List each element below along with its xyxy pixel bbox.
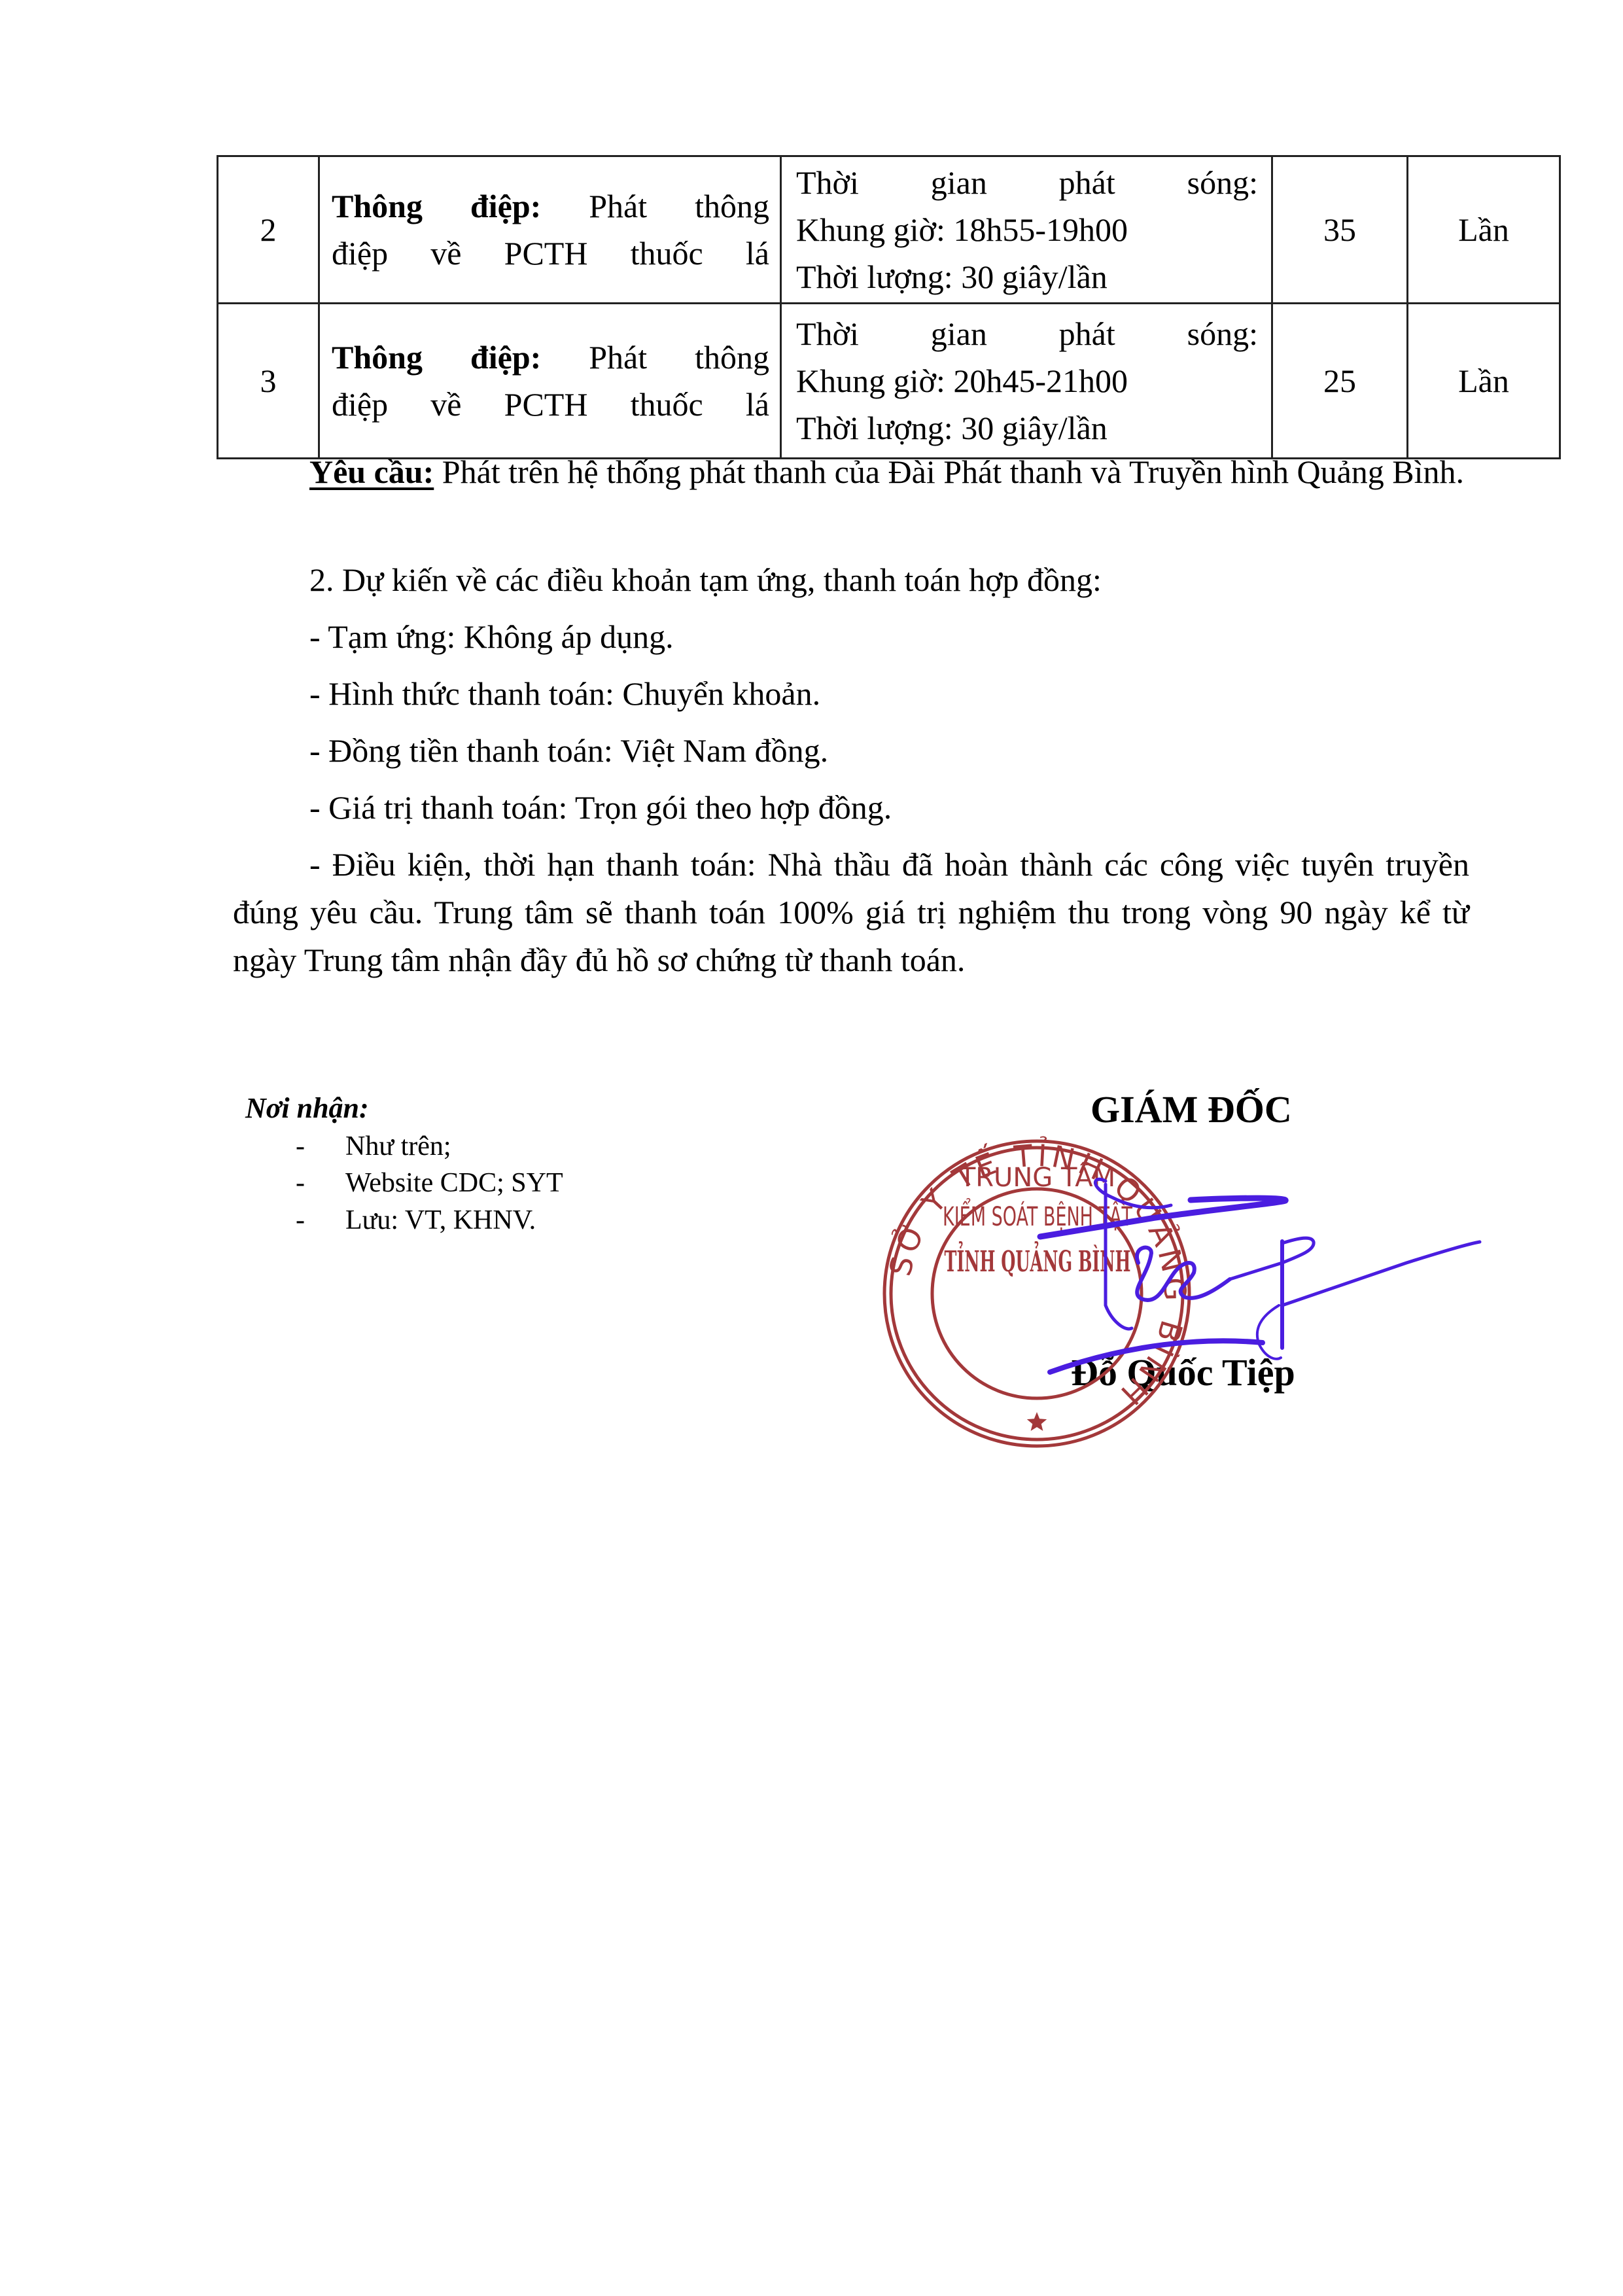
payment-term-value: - Giá trị thanh toán: Trọn gói theo hợp … [233, 784, 1469, 832]
recipient-label: Như trên; [345, 1131, 451, 1161]
star-icon [1027, 1412, 1047, 1431]
stamp-outer-ring-inner [891, 1148, 1183, 1439]
content-label: Thông điệp: [332, 339, 541, 376]
content-cell: Thông điệp: Phát thông điệp về PCTH thuố… [319, 156, 781, 304]
section-2-heading: 2. Dự kiến về các điều khoản tạm ứng, th… [233, 556, 1469, 604]
recipients-heading: Nơi nhận: [245, 1091, 369, 1125]
row-number: 2 [218, 156, 319, 304]
recipient-label: Lưu: VT, KHNV. [345, 1205, 536, 1235]
schedule-line: Thời lượng: 30 giây/lần [796, 404, 1258, 451]
handwritten-signature [1040, 1179, 1480, 1372]
requirement-text: Phát trên hệ thống phát thanh của Đài Ph… [434, 453, 1464, 490]
recipient-item: -Như trên; [296, 1131, 451, 1162]
schedule-line: Thời lượng: 30 giây/lần [796, 253, 1258, 300]
unit-cell: Lần [1408, 156, 1560, 304]
content-text: điệp về PCTH thuốc lá [332, 381, 769, 428]
bullet: - [296, 1205, 345, 1236]
unit-cell: Lần [1408, 304, 1560, 459]
schedule-line: Khung giờ: 20h45-21h00 [796, 357, 1258, 404]
quantity-cell: 25 [1272, 304, 1408, 459]
signer-name: Đỗ Quốc Tiệp [1071, 1351, 1295, 1394]
schedule-cell: Thời gian phát sóng: Khung giờ: 20h45-21… [781, 304, 1272, 459]
table-row: 3 Thông điệp: Phát thông điệp về PCTH th… [218, 304, 1560, 459]
schedule-cell: Thời gian phát sóng: Khung giờ: 18h55-19… [781, 156, 1272, 304]
stamp-inner-line: KIỂM SOÁT BỆNH TẬT [943, 1197, 1132, 1232]
requirement-label: Yêu cầu: [309, 453, 434, 490]
quantity-cell: 35 [1272, 156, 1408, 304]
bullet: - [296, 1167, 345, 1199]
schedule-line: Khung giờ: 18h55-19h00 [796, 206, 1258, 253]
table-row: 2 Thông điệp: Phát thông điệp về PCTH th… [218, 156, 1560, 304]
stamp-inner-line: TRUNG TÂM [959, 1161, 1115, 1193]
content-text: điệp về PCTH thuốc lá [332, 230, 769, 277]
stamp-outer-ring [884, 1141, 1189, 1446]
payment-term-method: - Hình thức thanh toán: Chuyển khoản. [233, 670, 1469, 718]
content-label: Thông điệp: [332, 188, 541, 224]
row-number: 3 [218, 304, 319, 459]
requirement-paragraph: Yêu cầu: Phát trên hệ thống phát thanh c… [233, 450, 1469, 493]
payment-term-currency: - Đồng tiền thanh toán: Việt Nam đồng. [233, 727, 1469, 775]
payment-term-conditions: - Điều kiện, thời hạn thanh toán: Nhà th… [233, 841, 1469, 984]
signer-title: GIÁM ĐỐC [1091, 1087, 1292, 1131]
broadcast-schedule-table: 2 Thông điệp: Phát thông điệp về PCTH th… [217, 155, 1561, 459]
schedule-line: Thời gian phát sóng: [796, 159, 1258, 206]
content-cell: Thông điệp: Phát thông điệp về PCTH thuố… [319, 304, 781, 459]
payment-term-advance: - Tạm ứng: Không áp dụng. [233, 613, 1469, 661]
official-stamp: SỞ Y TẾ TỈNH QUẢNG BÌNH TRUNG TÂM KIỂM S… [882, 1136, 1193, 1446]
content-text: Phát thông [589, 188, 769, 224]
stamp-inner-line: TỈNH QUẢNG BÌNH [945, 1240, 1131, 1279]
recipient-item: -Website CDC; SYT [296, 1167, 563, 1199]
bullet: - [296, 1131, 345, 1162]
schedule-line: Thời gian phát sóng: [796, 310, 1258, 357]
content-text: Phát thông [589, 339, 769, 376]
recipient-item: -Lưu: VT, KHNV. [296, 1205, 536, 1236]
recipient-label: Website CDC; SYT [345, 1168, 563, 1198]
